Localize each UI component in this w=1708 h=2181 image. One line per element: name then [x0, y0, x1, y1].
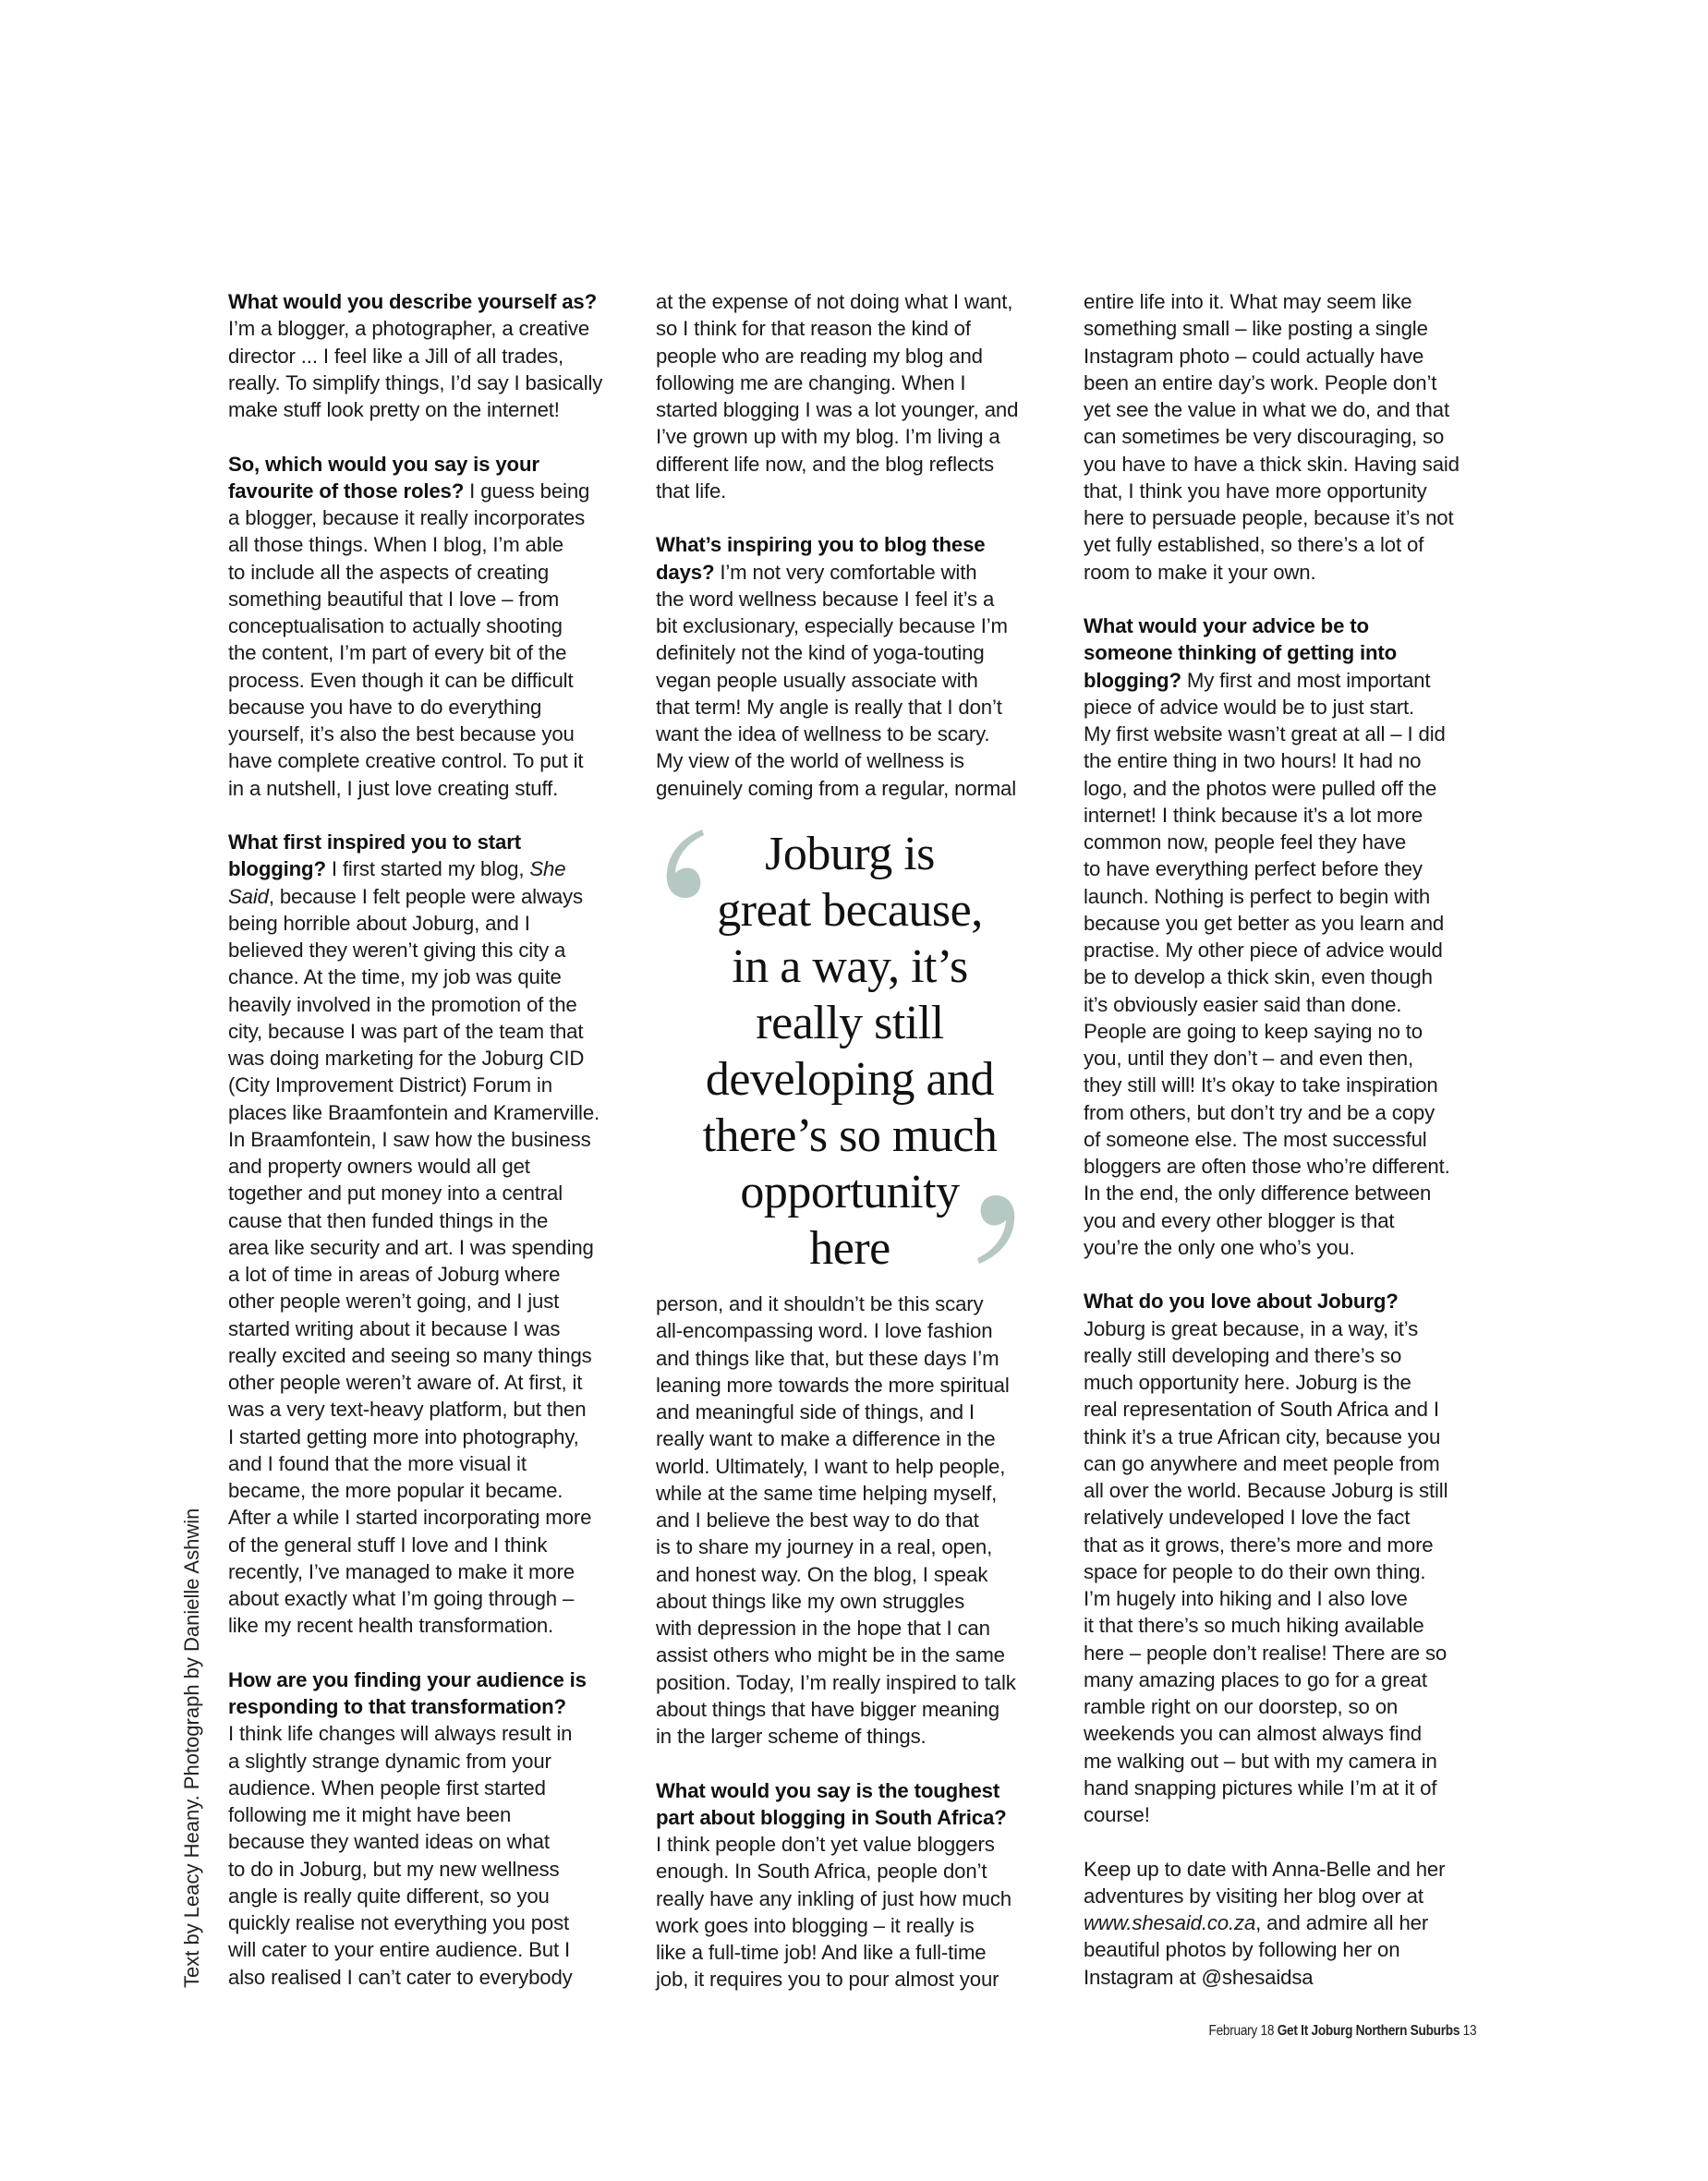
answer-line: practise. My other piece of advice would — [1084, 937, 1499, 963]
answer-line: director ... I feel like a Jill of all t… — [228, 343, 635, 370]
closing-line: adventures by visiting her blog over at — [1084, 1883, 1499, 1909]
closing-line: Keep up to date with Anna-Belle and her — [1084, 1856, 1499, 1883]
answer-line: that life. — [656, 478, 1062, 504]
question-heading: someone thinking of getting into — [1084, 639, 1499, 666]
answer-line: and I found that the more visual it — [228, 1450, 635, 1477]
answer-line: I’m hugely into hiking and I also love — [1084, 1585, 1499, 1612]
footer-publication-name: Get It Joburg Northern Suburbs — [1277, 2023, 1459, 2039]
answer-line: genuinely coming from a regular, normal — [656, 775, 1062, 802]
answer-line: I think people don’t yet value bloggers — [656, 1831, 1062, 1858]
question-answer-line: blogging? I first started my blog, She — [228, 855, 635, 882]
answer-line: think it’s a true African city, because … — [1084, 1424, 1499, 1450]
answer-line: of someone else. The most successful — [1084, 1126, 1499, 1153]
answer-line: be to develop a thick skin, even though — [1084, 963, 1499, 990]
closing-line: www.shesaid.co.za, and admire all her — [1084, 1909, 1499, 1936]
answer-line: really still developing and there’s so — [1084, 1342, 1499, 1369]
answer-line: People are going to keep saying no to — [1084, 1018, 1499, 1045]
answer-line: a slightly strange dynamic from your — [228, 1748, 635, 1775]
answer-line: something small – like posting a single — [1084, 315, 1499, 342]
answer-line: the entire thing in two hours! It had no — [1084, 747, 1499, 774]
answer-text: I first started my blog, — [326, 857, 530, 880]
question-heading: favourite of those roles? — [228, 479, 464, 503]
footer-issue-date: February 18 — [1208, 2023, 1274, 2039]
page-number: 13 — [1462, 2023, 1476, 2039]
answer-line: I started getting more into photography, — [228, 1424, 635, 1450]
answer-line: heavily involved in the promotion of the — [228, 991, 635, 1018]
answer-line: I think life changes will always result … — [228, 1720, 635, 1747]
answer-line: from others, but don’t try and be a copy — [1084, 1099, 1499, 1126]
answer-line: was doing marketing for the Joburg CID — [228, 1045, 635, 1072]
question-answer-line: days? I’m not very comfortable with — [656, 559, 1062, 586]
question-heading: blogging? — [1084, 669, 1181, 692]
blog-url-link[interactable]: www.shesaid.co.za — [1084, 1911, 1255, 1934]
pull-quote-line: Joburg is — [647, 826, 1053, 882]
answer-text: I guess being — [464, 479, 589, 503]
answer-line: chance. At the time, my job was quite — [228, 963, 635, 990]
pull-quote-line: developing and — [647, 1051, 1053, 1108]
answer-line: angle is really quite different, so you — [228, 1883, 635, 1909]
answer-line: to have everything perfect before they — [1084, 855, 1499, 882]
answer-line: relatively undeveloped I love the fact — [1084, 1504, 1499, 1531]
answer-line: can sometimes be very discouraging, so — [1084, 423, 1499, 450]
answer-line: people who are reading my blog and — [656, 343, 1062, 370]
answer-line: all-encompassing word. I love fashion — [656, 1317, 1062, 1344]
question-heading: What’s inspiring you to blog these — [656, 531, 1062, 558]
question-heading: What would you describe yourself as? — [228, 288, 635, 315]
answer-line: yet see the value in what we do, and tha… — [1084, 396, 1499, 423]
answer-line: After a while I started incorporating mo… — [228, 1504, 635, 1531]
answer-line: because you get better as you learn and — [1084, 910, 1499, 937]
answer-line: hand snapping pictures while I’m at it o… — [1084, 1775, 1499, 1801]
answer-line: you and every other blogger is that — [1084, 1207, 1499, 1234]
qa-audience-response: How are you finding your audience is res… — [228, 1666, 635, 1991]
answer-line: places like Braamfontein and Kramerville… — [228, 1099, 635, 1126]
qa-describe-yourself: What would you describe yourself as? I’m… — [228, 288, 635, 423]
qa-first-inspired: What first inspired you to start bloggin… — [228, 829, 635, 1640]
answer-line: at the expense of not doing what I want, — [656, 288, 1062, 315]
answer-line: started writing about it because I was — [228, 1315, 635, 1342]
answer-line: was a very text-heavy platform, but then — [228, 1396, 635, 1423]
answer-line: have complete creative control. To put i… — [228, 747, 635, 774]
answer-line: about things like my own struggles — [656, 1588, 1062, 1615]
answer-line: that, I think you have more opportunity — [1084, 478, 1499, 504]
answer-line: really have any inkling of just how much — [656, 1885, 1062, 1912]
answer-line: other people weren’t going, and I just — [228, 1288, 635, 1315]
closing-line: beautiful photos by following her on — [1084, 1936, 1499, 1963]
answer-line: much opportunity here. Joburg is the — [1084, 1369, 1499, 1396]
qa-inspiring-now-cont: person, and it shouldn’t be this scary a… — [656, 1290, 1062, 1750]
answer-line: in the larger scheme of things. — [656, 1723, 1062, 1750]
answer-line: while at the same time helping myself, — [656, 1480, 1062, 1507]
answer-line: bloggers are often those who’re differen… — [1084, 1153, 1499, 1180]
answer-line: a blogger, because it really incorporate… — [228, 504, 635, 531]
answer-line: weekends you can almost always find — [1084, 1720, 1499, 1747]
closing-quote-mark-icon — [974, 1192, 1025, 1267]
answer-line: it that there’s so much hiking available — [1084, 1612, 1499, 1639]
answer-line: definitely not the kind of yoga-touting — [656, 639, 1062, 666]
question-heading: blogging? — [228, 857, 326, 880]
answer-line: to include all the aspects of creating — [228, 559, 635, 586]
photo-text-credit: Text by Leacy Heany. Photograph by Danie… — [180, 1509, 204, 1988]
pull-quote-line: in a way, it’s — [647, 939, 1053, 995]
answer-line: all those things. When I blog, I’m able — [228, 531, 635, 558]
answer-line: is to share my journey in a real, open, — [656, 1533, 1062, 1560]
answer-line: My first website wasn’t great at all – I… — [1084, 721, 1499, 747]
blog-name-italic: She — [529, 857, 565, 880]
answer-line: following me are changing. When I — [656, 370, 1062, 396]
answer-line: My view of the world of wellness is — [656, 747, 1062, 774]
answer-line: yet fully established, so there’s a lot … — [1084, 531, 1499, 558]
qa-inspiring-now: What’s inspiring you to blog these days?… — [656, 531, 1062, 802]
answer-line: about things that have bigger meaning — [656, 1696, 1062, 1723]
answer-line: yourself, it’s also the best because you — [228, 721, 635, 747]
answer-line: want the idea of wellness to be scary. — [656, 721, 1062, 747]
answer-line: leaning more towards the more spiritual — [656, 1372, 1062, 1399]
answer-line: make stuff look pretty on the internet! — [228, 396, 635, 423]
answer-line: I’ve grown up with my blog. I’m living a — [656, 423, 1062, 450]
question-answer-line: blogging? My first and most important — [1084, 667, 1499, 694]
answer-line: job, it requires you to pour almost your — [656, 1966, 1062, 1993]
answer-text: My first and most important — [1181, 669, 1431, 692]
question-heading: What would your advice be to — [1084, 612, 1499, 639]
answer-line: conceptualisation to actually shooting — [228, 612, 635, 639]
answer-line: real representation of South Africa and … — [1084, 1396, 1499, 1423]
answer-line: of the general stuff I love and I think — [228, 1532, 635, 1558]
answer-line: process. Even though it can be difficult — [228, 667, 635, 694]
blog-name-italic: Said — [228, 885, 269, 908]
answer-line: like my recent health transformation. — [228, 1612, 635, 1639]
answer-line: you have to have a thick skin. Having sa… — [1084, 451, 1499, 478]
article-column-2: at the expense of not doing what I want,… — [656, 288, 1062, 829]
answer-line: a lot of time in areas of Joburg where — [228, 1261, 635, 1288]
answer-line: that as it grows, there’s more and more — [1084, 1532, 1499, 1558]
answer-line: been an entire day’s work. People don’t — [1084, 370, 1499, 396]
answer-line: so I think for that reason the kind of — [656, 315, 1062, 342]
answer-line: internet! I think because it’s a lot mor… — [1084, 802, 1499, 829]
article-column-3: entire life into it. What may seem like … — [1084, 288, 1499, 2017]
answer-line: and meaningful side of things, and I — [656, 1399, 1062, 1425]
answer-line: and honest way. On the blog, I speak — [656, 1561, 1062, 1588]
answer-line: In Braamfontein, I saw how the business — [228, 1126, 635, 1153]
answer-line: Said, because I felt people were always — [228, 883, 635, 910]
answer-line: can go anywhere and meet people from — [1084, 1450, 1499, 1477]
answer-line: world. Ultimately, I want to help people… — [656, 1453, 1062, 1480]
qa-audience-response-cont: at the expense of not doing what I want,… — [656, 288, 1062, 504]
answer-line: common now, people feel they have — [1084, 829, 1499, 855]
answer-line: about exactly what I’m going through – — [228, 1585, 635, 1612]
answer-line: recently, I’ve managed to make it more — [228, 1558, 635, 1585]
question-heading: What would you say is the toughest — [656, 1777, 1062, 1804]
answer-line: audience. When people first started — [228, 1775, 635, 1801]
question-heading: responding to that transformation? — [228, 1693, 635, 1720]
answer-line: you’re the only one who’s you. — [1084, 1234, 1499, 1261]
pull-quote-line: there’s so much — [647, 1108, 1053, 1164]
answer-line: and property owners would all get — [228, 1153, 635, 1180]
answer-line: me walking out – but with my camera in — [1084, 1748, 1499, 1775]
question-heading: What first inspired you to start — [228, 829, 635, 855]
answer-line: (City Improvement District) Forum in — [228, 1072, 635, 1098]
answer-line: with depression in the hope that I can — [656, 1615, 1062, 1642]
pull-quote-line: great because, — [647, 882, 1053, 939]
answer-line: and things like that, but these days I’m — [656, 1345, 1062, 1372]
question-heading: days? — [656, 561, 714, 584]
answer-line: really want to make a difference in the — [656, 1425, 1062, 1452]
question-answer-line: favourite of those roles? I guess being — [228, 478, 635, 504]
answer-line: became, the more popular it became. — [228, 1477, 635, 1504]
answer-line: vegan people usually associate with — [656, 667, 1062, 694]
answer-line: bit exclusionary, especially because I’m — [656, 612, 1062, 639]
answer-line: like a full-time job! And like a full-ti… — [656, 1939, 1062, 1966]
answer-line: other people weren’t aware of. At first,… — [228, 1369, 635, 1396]
answer-line: together and put money into a central — [228, 1180, 635, 1206]
answer-text: I’m not very comfortable with — [714, 561, 976, 584]
answer-line: piece of advice would be to just start. — [1084, 694, 1499, 721]
answer-line: cause that then funded things in the — [228, 1207, 635, 1234]
answer-line: really excited and seeing so many things — [228, 1342, 635, 1369]
answer-line: logo, and the photos were pulled off the — [1084, 775, 1499, 802]
question-heading: How are you finding your audience is — [228, 1666, 635, 1693]
answer-line: entire life into it. What may seem like — [1084, 288, 1499, 315]
answer-line: In the end, the only difference between — [1084, 1180, 1499, 1206]
closing-note: Keep up to date with Anna-Belle and her … — [1084, 1856, 1499, 1991]
answer-line: Joburg is great because, in a way, it’s — [1084, 1315, 1499, 1342]
answer-line: many amazing places to go for a great — [1084, 1666, 1499, 1693]
qa-love-joburg: What do you love about Joburg? Joburg is… — [1084, 1288, 1499, 1828]
article-column-1: What would you describe yourself as? I’m… — [228, 288, 635, 2017]
answer-line: and I believe the best way to do that — [656, 1507, 1062, 1533]
question-heading: part about blogging in South Africa? — [656, 1804, 1062, 1831]
answer-line: you, until they don’t – and even then, — [1084, 1045, 1499, 1072]
answer-line: the content, I’m part of every bit of th… — [228, 639, 635, 666]
answer-line: I’m a blogger, a photographer, a creativ… — [228, 315, 635, 342]
qa-favourite-role: So, which would you say is your favourit… — [228, 451, 635, 802]
question-heading: What do you love about Joburg? — [1084, 1288, 1499, 1315]
answer-line: because you have to do everything — [228, 694, 635, 721]
answer-text: , because I felt people were always — [269, 885, 583, 908]
answer-line: position. Today, I’m really inspired to … — [656, 1669, 1062, 1696]
answer-line: person, and it shouldn’t be this scary — [656, 1290, 1062, 1317]
answer-line: really. To simplify things, I’d say I ba… — [228, 370, 635, 396]
answer-line: here to persuade people, because it’s no… — [1084, 504, 1499, 531]
answer-line: being horrible about Joburg, and I — [228, 910, 635, 937]
answer-line: all over the world. Because Joburg is st… — [1084, 1477, 1499, 1504]
pull-quote: Joburg is great because, in a way, it’s … — [647, 813, 1053, 1293]
answer-line: assist others who might be in the same — [656, 1642, 1062, 1668]
answer-line: it’s obviously easier said than done. — [1084, 991, 1499, 1018]
article-column-2-continued: person, and it shouldn’t be this scary a… — [656, 1290, 1062, 2020]
answer-line: enough. In South Africa, people don’t — [656, 1858, 1062, 1884]
answer-line: ramble right on our doorstep, so on — [1084, 1693, 1499, 1720]
answer-line: Instagram photo – could actually have — [1084, 343, 1499, 370]
answer-line: will cater to your entire audience. But … — [228, 1936, 635, 1963]
answer-line: room to make it your own. — [1084, 559, 1499, 586]
answer-line: quickly realise not everything you post — [228, 1909, 635, 1936]
question-heading: So, which would you say is your — [228, 451, 635, 478]
answer-line: course! — [1084, 1801, 1499, 1828]
qa-toughest-part: What would you say is the toughest part … — [656, 1777, 1062, 1993]
closing-line: Instagram at @shesaidsa — [1084, 1964, 1499, 1991]
answer-line: work goes into blogging – it really is — [656, 1912, 1062, 1939]
answer-line: in a nutshell, I just love creating stuf… — [228, 775, 635, 802]
answer-line: also realised I can’t cater to everybody — [228, 1964, 635, 1991]
answer-line: started blogging I was a lot younger, an… — [656, 396, 1062, 423]
answer-line: space for people to do their own thing. — [1084, 1558, 1499, 1585]
answer-line: to do in Joburg, but my new wellness — [228, 1856, 635, 1883]
answer-line: the word wellness because I feel it’s a — [656, 586, 1062, 612]
answer-line: following me it might have been — [228, 1801, 635, 1828]
answer-line: they still will! It’s okay to take inspi… — [1084, 1072, 1499, 1098]
answer-line: launch. Nothing is perfect to begin with — [1084, 883, 1499, 910]
answer-line: city, because I was part of the team tha… — [228, 1018, 635, 1045]
page-footer: February 18 Get It Joburg Northern Subur… — [1208, 2023, 1476, 2040]
answer-line: that term! My angle is really that I don… — [656, 694, 1062, 721]
answer-line: something beautiful that I love – from — [228, 586, 635, 612]
answer-line: different life now, and the blog reflect… — [656, 451, 1062, 478]
answer-line: because they wanted ideas on what — [228, 1828, 635, 1855]
answer-line: here – people don’t realise! There are s… — [1084, 1640, 1499, 1666]
pull-quote-line: really still — [647, 995, 1053, 1051]
qa-toughest-part-cont: entire life into it. What may seem like … — [1084, 288, 1499, 586]
closing-text: , and admire all her — [1255, 1911, 1428, 1934]
answer-line: area like security and art. I was spendi… — [228, 1234, 635, 1261]
qa-advice: What would your advice be to someone thi… — [1084, 612, 1499, 1261]
answer-line: believed they weren’t giving this city a — [228, 937, 635, 963]
